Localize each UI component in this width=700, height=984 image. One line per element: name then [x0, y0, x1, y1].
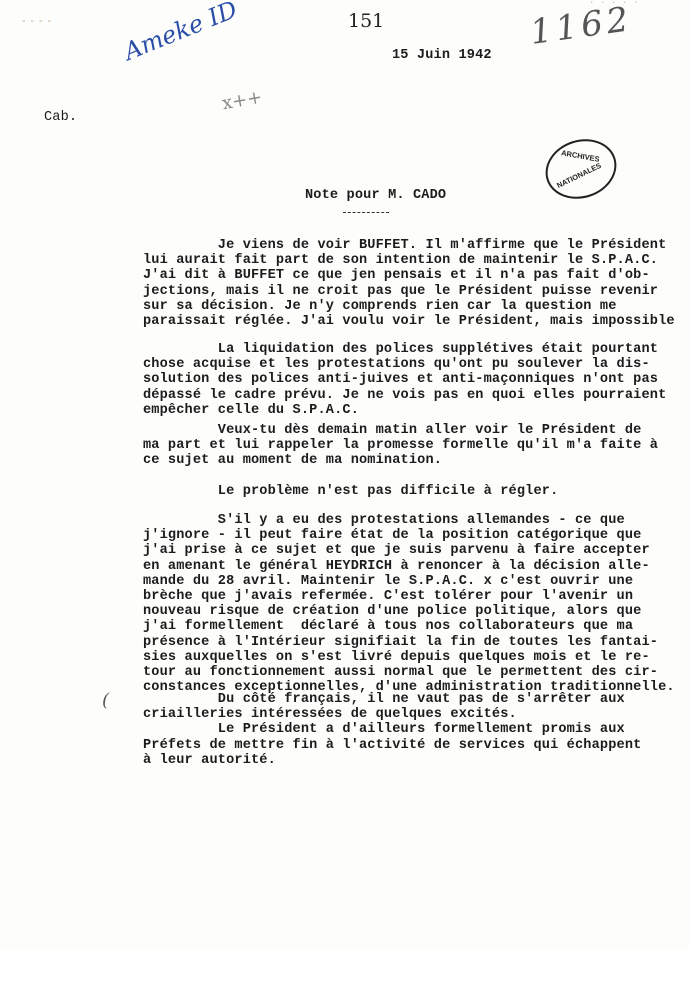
paragraph-5-line: sies auxquelles on s'est livré depuis qu… [143, 650, 650, 665]
paragraph-1-line: J'ai dit à BUFFET ce que jen pensais et … [143, 268, 650, 283]
paragraph-3-line: ce sujet au moment de ma nomination. [143, 453, 442, 468]
document-page: - - - - Ameke ID 151 · · · · · 1162 x++ … [0, 0, 690, 950]
paragraph-1-line: Je viens de voir BUFFET. Il m'affirme qu… [143, 238, 666, 253]
paragraph-5-line: présence à l'Intérieur signifiait la fin… [143, 635, 658, 650]
margin-dash-mark: - - - - [22, 16, 52, 27]
document-title: Note pour M. CADO [305, 188, 446, 203]
page-number: 151 [348, 10, 384, 32]
paragraph-2-line: chose acquise et les protestations qu'on… [143, 357, 650, 372]
document-date: 15 Juin 1942 [392, 48, 492, 63]
paragraph-5-line: tour au fonctionnement aussi normal que … [143, 665, 658, 680]
paragraph-5-line: j'ai formellement déclaré à tous nos col… [143, 619, 633, 634]
paragraph-6-line: Préfets de mettre fin à l'activité de se… [143, 738, 641, 753]
paragraph-2-line: dépassé le cadre prévu. Je ne vois pas e… [143, 388, 666, 403]
archive-reference-number: 1162 [528, 0, 635, 53]
paragraph-5-line: en amenant le général HEYDRICH à renonce… [143, 559, 650, 574]
handwritten-annotation: Ameke ID [120, 0, 241, 66]
margin-bracket-mark: ( [102, 690, 109, 711]
paragraph-2-line: La liquidation des polices supplétives é… [143, 342, 658, 357]
paragraph-1-line: sur sa décision. Je n'y comprends rien c… [143, 299, 617, 314]
paragraph-2-line: solution des polices anti-juives et anti… [143, 372, 658, 387]
paragraph-1-line: jections, mais il ne croit pas que le Pr… [143, 284, 658, 299]
paragraph-5-line: j'ignore - il peut faire état de la posi… [143, 528, 641, 543]
stamp-line-2: NATIONALES [555, 161, 602, 190]
paragraph-5-line: nouveau risque de création d'une police … [143, 604, 641, 619]
paragraph-5-line: mande du 28 avril. Maintenir le S.P.A.C.… [143, 574, 633, 589]
paragraph-2-line: empêcher celle du S.P.A.C. [143, 403, 359, 418]
recipient-code: Cab. [44, 110, 77, 125]
paragraph-3-line: Veux-tu dès demain matin aller voir le P… [143, 423, 641, 438]
handwritten-crosses: x++ [220, 87, 263, 115]
paragraph-6-line: à leur autorité. [143, 753, 276, 768]
paragraph-5-line: brèche que j'avais refermée. C'est tolér… [143, 589, 633, 604]
paragraph-6-line: Du côté français, il ne vaut pas de s'ar… [143, 692, 625, 707]
paragraph-1-line: paraissait réglée. J'ai voulu voir le Pr… [143, 314, 675, 329]
paragraph-1-line: lui aurait fait part de son intention de… [143, 253, 658, 268]
paragraph-5-line: S'il y a eu des protestations allemandes… [143, 513, 625, 528]
archives-nationales-stamp: ARCHIVES NATIONALES [538, 130, 624, 207]
paragraph-4-line: Le problème n'est pas difficile à régler… [143, 484, 558, 499]
paragraph-5-line: j'ai prise à ce sujet et que je suis par… [143, 543, 650, 558]
paragraph-3-line: ma part et lui rappeler la promesse form… [143, 438, 658, 453]
paragraph-6-line: Le Président a d'ailleurs formellement p… [143, 722, 625, 737]
title-underline [343, 212, 389, 213]
paragraph-6-line: criailleries intéressées de quelques exc… [143, 707, 517, 722]
